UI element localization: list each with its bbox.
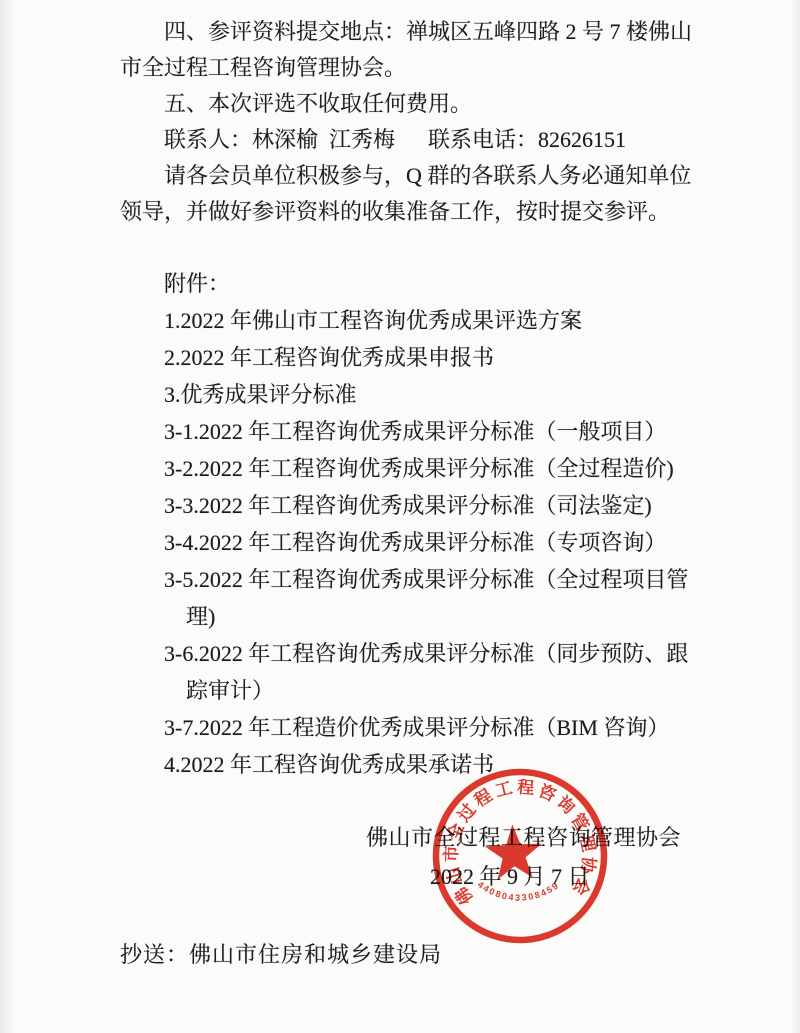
doc-line: 五、本次评选不收取任何费用。 [120, 86, 710, 122]
attachment-item-continuation: 踪审计） [120, 672, 710, 709]
doc-line: 领导，并做好参评资料的收集准备工作，按时提交参评。 [120, 194, 710, 230]
document-body: 四、参评资料提交地点：禅城区五峰四路 2 号 7 楼佛山 市全过程工程咨询管理协… [120, 14, 710, 783]
doc-line: 四、参评资料提交地点：禅城区五峰四路 2 号 7 楼佛山 [120, 14, 710, 50]
scan-edge-shadow-left [0, 0, 14, 1033]
attachment-item: 3-5.2022 年工程咨询优秀成果评分标准（全过程项目管 [120, 561, 710, 598]
attachment-item: 3.优秀成果评分标准 [120, 376, 710, 413]
cc-line: 抄送：佛山市住房和城乡建设局 [120, 941, 442, 969]
official-seal: 佛山市全过程工程咨询管理协会 4408043308459 [425, 761, 614, 950]
doc-line: 请各会员单位积极参与，Q 群的各联系人务必通知单位 [120, 158, 710, 194]
attachment-item: 3-2.2022 年工程咨询优秀成果评分标准（全过程造价) [120, 450, 710, 487]
attachment-item: 3-3.2022 年工程咨询优秀成果评分标准（司法鉴定) [120, 487, 710, 524]
attachment-item: 3-4.2022 年工程咨询优秀成果评分标准（专项咨询） [120, 524, 710, 561]
doc-line: 市全过程工程咨询管理协会。 [120, 50, 710, 86]
attachments-heading: 附件： [120, 265, 710, 302]
attachment-item: 3-1.2022 年工程咨询优秀成果评分标准（一般项目） [120, 413, 710, 450]
attachment-item: 2.2022 年工程咨询优秀成果申报书 [120, 339, 710, 376]
attachment-item: 3-6.2022 年工程咨询优秀成果评分标准（同步预防、跟 [120, 635, 710, 672]
seal-serial: 4408043308459 [475, 875, 560, 905]
scan-edge-shadow-right [790, 0, 800, 1033]
attachment-item: 4.2022 年工程咨询优秀成果承诺书 [120, 746, 710, 783]
page: { "page": { "background": "#fbfbfa", "in… [0, 0, 800, 1033]
attachment-item: 1.2022 年佛山市工程咨询优秀成果评选方案 [120, 302, 710, 339]
body-paragraphs: 四、参评资料提交地点：禅城区五峰四路 2 号 7 楼佛山 市全过程工程咨询管理协… [120, 14, 710, 230]
attachment-item-continuation: 理) [120, 598, 710, 635]
attachments-list: 附件： 1.2022 年佛山市工程咨询优秀成果评选方案 2.2022 年工程咨询… [120, 265, 710, 783]
attachment-item: 3-7.2022 年工程造价优秀成果评分标准（BIM 咨询） [120, 709, 710, 746]
contact-line: 联系人：林深榆 江秀梅 联系电话：82626151 [120, 122, 710, 158]
seal-serial-holder: 4408043308459 [475, 875, 560, 905]
star-icon [484, 823, 544, 880]
blank-line [120, 230, 710, 265]
